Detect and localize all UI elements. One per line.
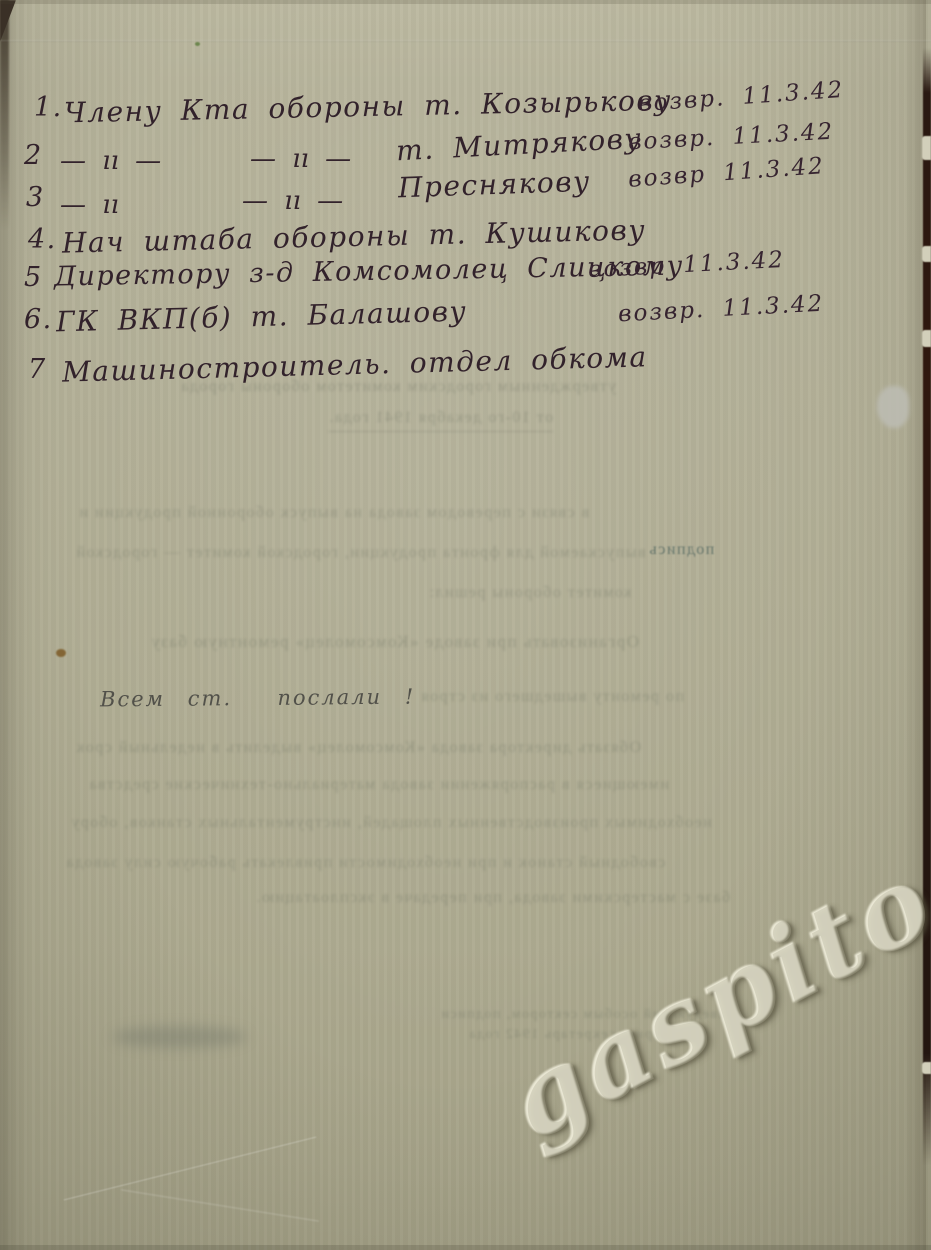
showthrough-word-dark: подпись — [648, 541, 714, 559]
showthrough-line: свободный станок и при необходимости при… — [65, 854, 665, 872]
showthrough-line-underlined: от 10-го декабря 1941 года. — [328, 409, 553, 432]
showthrough-line: Организовать при заводе «Комсомолец» рем… — [150, 632, 639, 652]
showthrough-line: по ремонту вышедшего из строя — [420, 688, 684, 706]
paper-right-torn-edge — [923, 48, 931, 1165]
paper-top-edge — [0, 0, 931, 4]
paper-speck — [195, 42, 200, 46]
list-item-5-number: 5 — [24, 262, 43, 293]
paper-crease — [121, 1189, 319, 1221]
paper-edge-notch — [922, 246, 931, 262]
list-item-6-number: 6. — [24, 304, 53, 335]
list-item-2-ditto-mark: — ıı — — [250, 144, 351, 174]
list-item-6-text: ГК ВКП(б) т. Балашову — [56, 295, 468, 339]
paper-crease — [64, 1137, 317, 1201]
scanned-archival-document-page: утвержденным городским комитетом обороны… — [0, 0, 931, 1250]
list-item-2-number: 2 — [24, 140, 43, 171]
paper-bottom-edge — [0, 1245, 931, 1250]
showthrough-line: имеющиеся в распоряжении завода материал… — [88, 776, 669, 794]
list-item-7-number: 7 — [28, 354, 47, 385]
pencil-annotation: Всем ст. послали ! — [100, 685, 415, 712]
showthrough-line: в связи с переводом завода на выпуск обо… — [78, 504, 589, 522]
showthrough-line: базе с мастерскими завода, при передаче … — [255, 889, 730, 907]
paper-edge-notch — [922, 136, 931, 160]
list-item-2-ditto-mark: — ıı — — [60, 146, 161, 176]
paper-stain — [56, 649, 66, 657]
list-item-2-text: т. Митрякову — [395, 122, 643, 168]
list-item-3-ditto-mark: — ıı — [60, 190, 119, 220]
list-item-6-return-note: возвр. 11.3.42 — [617, 291, 824, 328]
showthrough-line: Обязать директора завода «Комсомолец» вы… — [75, 739, 641, 757]
list-item-1-text: Члену Кта обороны т. Козырькову — [64, 84, 672, 130]
list-item-3-number: 3 — [26, 182, 45, 213]
paper-edge-notch — [922, 1062, 931, 1074]
showthrough-smudge — [112, 1026, 247, 1048]
list-item-3-return-note: возвр 11.3.42 — [627, 153, 825, 193]
showthrough-line: комитет обороны решил: — [428, 584, 631, 602]
list-item-3-text: Преснякову — [397, 165, 591, 205]
list-item-4-number: 4. — [28, 224, 57, 255]
list-item-1-number: 1. — [34, 92, 63, 123]
list-item-2-return-note: возвр. 11.3.42 — [627, 119, 834, 156]
showthrough-line: необходимых производственных площадей, и… — [70, 814, 712, 832]
paper-edge-tape-blob — [877, 386, 909, 428]
showthrough-line: выпускаемой для фронта продукции, городс… — [75, 544, 646, 562]
paper-edge-notch — [922, 330, 931, 347]
paper-crease — [0, 40, 931, 42]
list-item-3-ditto-mark: — ıı — — [242, 186, 343, 216]
